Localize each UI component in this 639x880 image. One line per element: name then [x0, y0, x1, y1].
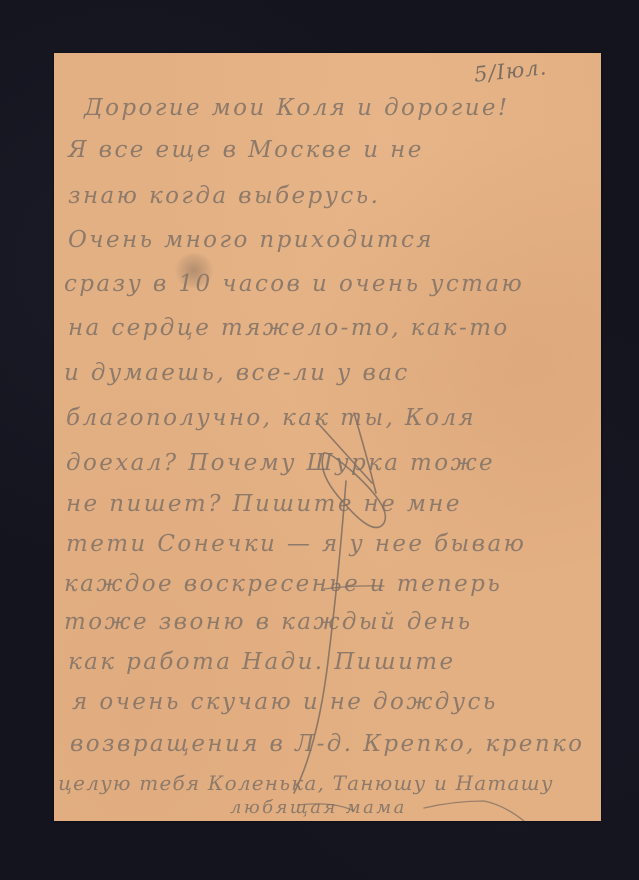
- letter-line: возвращения в Л-д. Крепко, крепко: [70, 731, 584, 757]
- letter-line: и думаешь, все-ли у вас: [64, 360, 410, 386]
- letter-line: Дорогие мои Коля и дорогие!: [84, 95, 510, 121]
- letter-line: сразу в 10 часов и очень устаю: [64, 271, 524, 297]
- letter-line: не пишет? Пишите не мне: [66, 491, 462, 517]
- letter-line: Очень много приходится: [68, 227, 434, 253]
- letter-line: целую тебя Коленька, Танюшу и Наташу: [58, 771, 554, 795]
- letter-line: как работа Нади. Пишите: [68, 649, 456, 675]
- letter-line: каждое воскресенье и теперь: [64, 571, 502, 597]
- letter-line: Я все еще в Москве и не: [68, 137, 424, 163]
- letter-line: доехал? Почему Шурка тоже: [66, 450, 495, 476]
- letter-line: на сердце тяжело-то, как-то: [68, 315, 510, 341]
- letter-signature: любящая мама: [230, 797, 407, 818]
- letter-line: знаю когда выберусь.: [68, 183, 380, 209]
- letter-line: благополучно, как ты, Коля: [66, 405, 476, 431]
- letter-body: Дорогие мои Коля и дорогие! Я все еще в …: [54, 53, 601, 821]
- letter-line: тоже звоню в каждый день: [64, 609, 472, 635]
- letter-line: я очень скучаю и не дождусь: [72, 689, 498, 715]
- postcard: 5/Іюл. Дорогие мои Коля и дорогие! Я все…: [54, 53, 601, 821]
- letter-line: тети Сонечки — я у нее бываю: [66, 531, 526, 557]
